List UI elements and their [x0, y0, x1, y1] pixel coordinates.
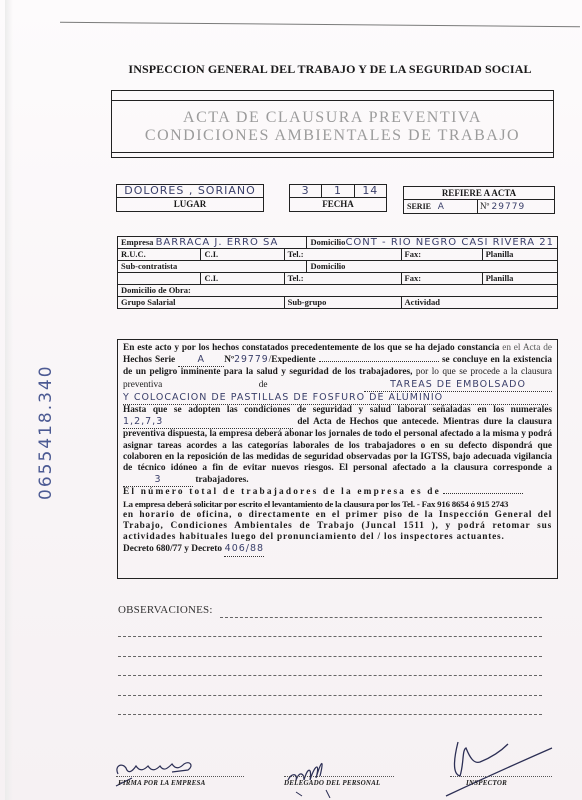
- title-rule-top: [112, 100, 553, 101]
- empresa-cell: Empresa BARRACA J. ERRO SA: [118, 237, 307, 249]
- grupo-salarial-label: Grupo Salarial: [118, 297, 285, 309]
- fecha-field: 3 1 14 FECHA: [289, 184, 387, 212]
- body-numero-value: 29779: [234, 354, 269, 365]
- scan-edge-shadow: [5, 0, 13, 800]
- fax2-label: Fax:: [401, 273, 482, 285]
- planilla-label: Planilla: [482, 249, 557, 261]
- decreto-value: 406/88: [225, 543, 264, 554]
- serie-label: SERIE: [407, 202, 431, 211]
- delegado-signature: [282, 752, 342, 798]
- empresa-signature-label: FIRMA POR LA EMPRESA: [118, 779, 205, 787]
- clausura-body-text: En este acto y por los hechos constatado…: [117, 339, 558, 579]
- observaciones-line: [118, 636, 542, 637]
- fecha-year: 14: [355, 185, 386, 197]
- domicilio-cell: DomicilioCONT - RIO NEGRO CASI RIVERA 21: [307, 237, 558, 249]
- actividad-label: Actividad: [401, 297, 557, 309]
- numero-value: 29779: [492, 202, 526, 212]
- domicilio-obra-label: Domicilio de Obra:: [118, 285, 558, 297]
- inspector-signature: [440, 734, 560, 800]
- fecha-month: 1: [322, 185, 354, 197]
- tel-label: Tel.:: [284, 249, 401, 261]
- numerales-value: 1,2,7,3: [123, 416, 163, 427]
- inspector-signature-label: INSPECTOR: [466, 779, 507, 787]
- side-handwritten-number: 0655418.340: [36, 280, 60, 500]
- observaciones-label: OBSERVACIONES:: [118, 604, 213, 616]
- subgrupo-label: Sub-grupo: [284, 297, 401, 309]
- observaciones-line: [118, 695, 542, 696]
- form-title-line1: ACTA DE CLAUSURA PREVENTIVA: [112, 109, 553, 127]
- observaciones-line: [118, 675, 542, 676]
- refiere-acta-field: REFIERE A ACTA SERIE A Nº 29779: [403, 186, 555, 214]
- delegado-signature-label: DELEGADO DEL PERSONAL: [284, 779, 381, 787]
- agency-heading: INSPECCION GENERAL DEL TRABAJO Y DE LA S…: [100, 62, 560, 77]
- ci2-label: C.I.: [201, 273, 284, 285]
- planilla2-label: Planilla: [482, 273, 557, 285]
- ruc-label: R.U.C.: [118, 249, 201, 261]
- domicilio2-label: Domicilio: [307, 261, 558, 273]
- body-serie-value: A: [198, 354, 206, 365]
- clausura-value-1: TAREAS DE EMBOLSADO: [390, 379, 526, 390]
- clausura-value-2: Y COLOCACION DE PASTILLAS DE FOSFURO DE …: [123, 392, 443, 403]
- serie-value: A: [438, 202, 445, 212]
- lugar-label: LUGAR: [117, 198, 263, 211]
- subcontratista-label: Sub-contratista: [118, 261, 307, 273]
- tel2-label: Tel.:: [284, 273, 401, 285]
- refiere-label: REFIERE A ACTA: [404, 187, 554, 200]
- fecha-label: FECHA: [290, 198, 386, 211]
- observaciones-line: [118, 656, 542, 657]
- form-title-line2: CONDICIONES AMBIENTALES DE TRABAJO: [112, 127, 553, 145]
- inspector-signature-line: [450, 776, 552, 777]
- form-title-box: ACTA DE CLAUSURA PREVENTIVA CONDICIONES …: [111, 90, 554, 158]
- blank-cell: [118, 273, 201, 285]
- lugar-value: DOLORES , SORIANO: [117, 185, 263, 198]
- delegado-signature-line: [284, 776, 394, 777]
- numero-label: Nº: [480, 201, 489, 211]
- lugar-field: DOLORES , SORIANO LUGAR: [116, 184, 264, 212]
- fax-label: Fax:: [401, 249, 482, 261]
- title-rule-bottom: [112, 152, 553, 153]
- scan-top-line: [60, 22, 580, 28]
- ci-label: C.I.: [201, 249, 284, 261]
- fecha-day: 3: [290, 185, 322, 197]
- empresa-signature-line: [116, 776, 244, 777]
- empresa-value: BARRACA J. ERRO SA: [156, 237, 279, 248]
- scanned-form-page: 0655418.340 INSPECCION GENERAL DEL TRABA…: [0, 0, 582, 800]
- afectados-value: 3: [154, 474, 161, 485]
- observaciones-line: [220, 617, 542, 618]
- observaciones-line: [118, 714, 542, 715]
- domicilio-value: CONT - RIO NEGRO CASI RIVERA 21: [345, 237, 554, 248]
- empresa-table: Empresa BARRACA J. ERRO SA DomicilioCONT…: [117, 236, 558, 309]
